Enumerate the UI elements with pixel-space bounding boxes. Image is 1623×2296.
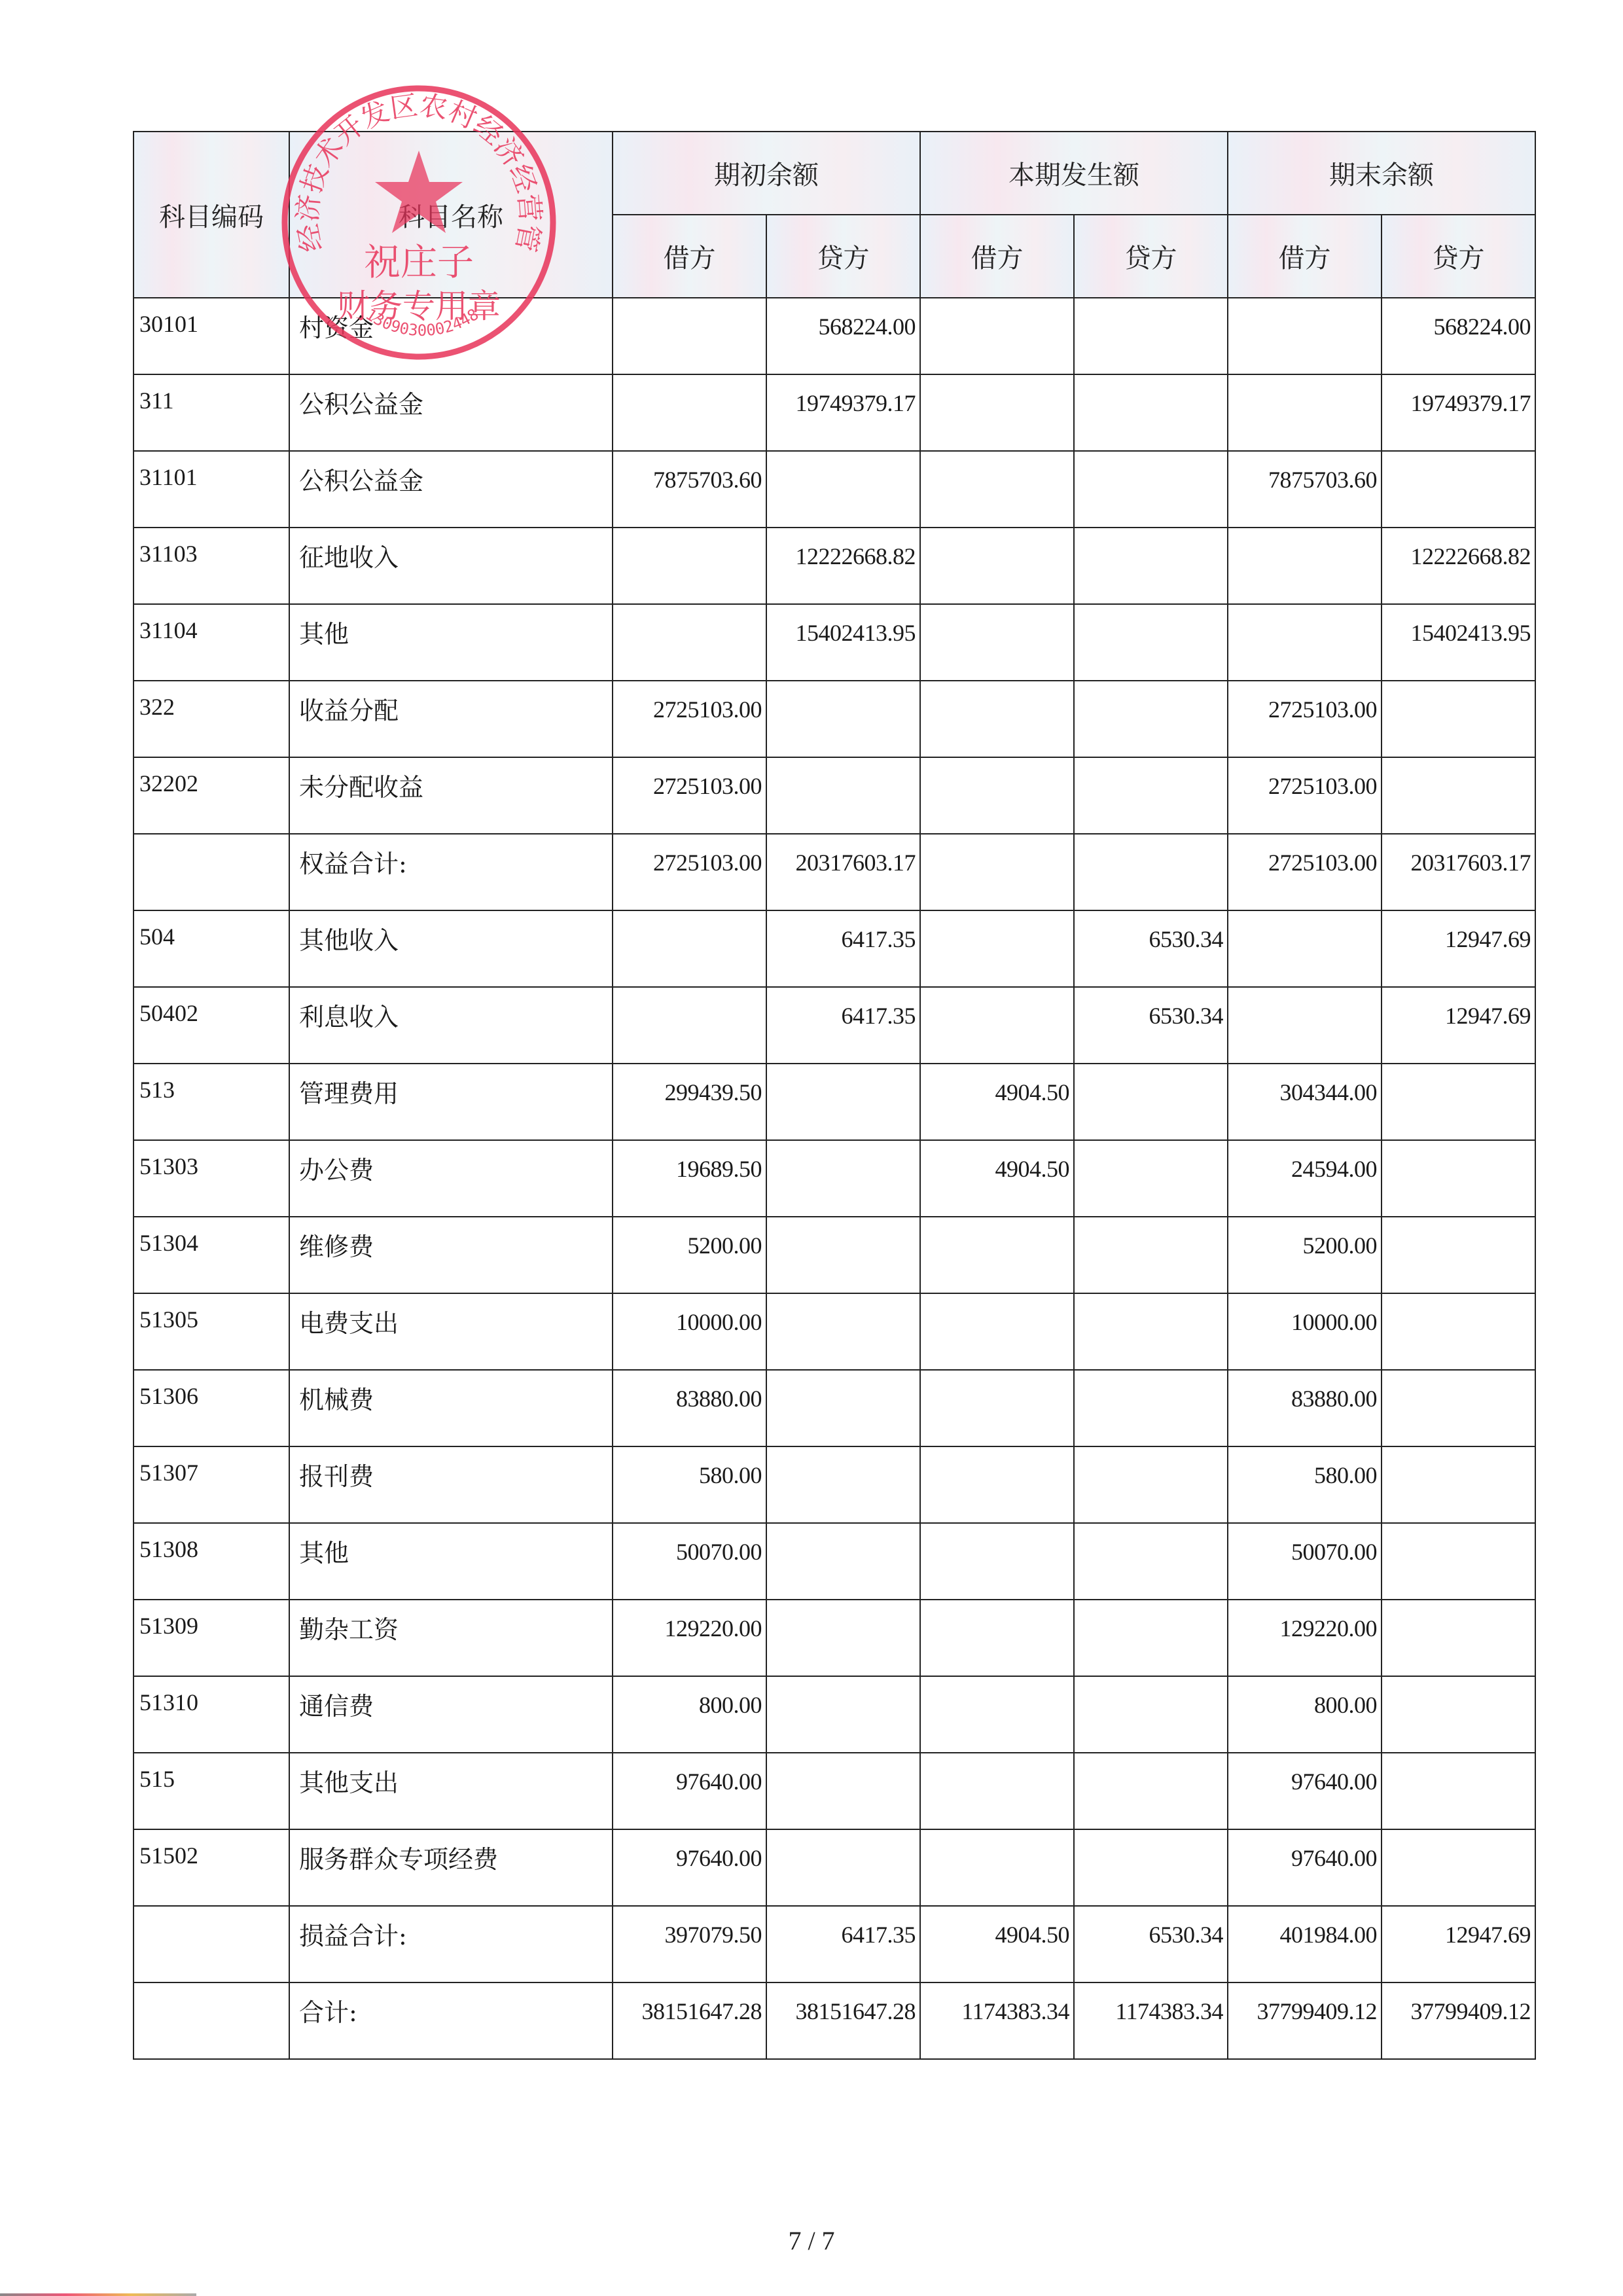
closing-debit-cell: 401984.00 — [1228, 1906, 1382, 1982]
period-debit-cell — [920, 1293, 1074, 1370]
period-debit-cell — [920, 1676, 1074, 1753]
opening-credit-cell — [766, 1446, 920, 1523]
closing-credit-cell — [1382, 451, 1535, 528]
period-debit-cell — [920, 1370, 1074, 1446]
period-debit-cell: 4904.50 — [920, 1140, 1074, 1217]
period-credit-cell — [1074, 451, 1228, 528]
account-code-cell: 513 — [134, 1064, 289, 1140]
opening-credit-cell — [766, 1217, 920, 1293]
opening-credit-cell: 6417.35 — [766, 1906, 920, 1982]
opening-debit-cell: 97640.00 — [613, 1753, 766, 1829]
account-name-cell: 电费支出 — [289, 1293, 613, 1370]
account-code-cell: 31103 — [134, 528, 289, 604]
closing-debit-cell: 2725103.00 — [1228, 681, 1382, 757]
account-code-cell: 32202 — [134, 757, 289, 834]
opening-credit-cell — [766, 1600, 920, 1676]
closing-credit-cell — [1382, 1523, 1535, 1600]
table-row: 51310通信费800.00800.00 — [134, 1676, 1535, 1753]
account-code-cell: 51303 — [134, 1140, 289, 1217]
period-credit-cell: 6530.34 — [1074, 910, 1228, 987]
account-name-cell: 机械费 — [289, 1370, 613, 1446]
account-name-cell: 损益合计: — [289, 1906, 613, 1982]
period-credit-cell — [1074, 1293, 1228, 1370]
opening-credit-cell: 15402413.95 — [766, 604, 920, 681]
table-row: 损益合计:397079.506417.354904.506530.3440198… — [134, 1906, 1535, 1982]
closing-debit-cell: 2725103.00 — [1228, 757, 1382, 834]
header-period-debit: 借方 — [920, 215, 1074, 298]
closing-debit-cell — [1228, 604, 1382, 681]
closing-credit-cell: 19749379.17 — [1382, 374, 1535, 451]
account-code-cell: 50402 — [134, 987, 289, 1064]
opening-debit-cell: 580.00 — [613, 1446, 766, 1523]
opening-debit-cell — [613, 987, 766, 1064]
opening-credit-cell: 6417.35 — [766, 910, 920, 987]
closing-credit-cell — [1382, 1829, 1535, 1906]
closing-credit-cell — [1382, 1600, 1535, 1676]
table-row: 513管理费用299439.504904.50304344.00 — [134, 1064, 1535, 1140]
header-period-activity: 本期发生额 — [920, 132, 1228, 215]
opening-credit-cell: 12222668.82 — [766, 528, 920, 604]
closing-debit-cell: 800.00 — [1228, 1676, 1382, 1753]
table-row: 51306机械费83880.0083880.00 — [134, 1370, 1535, 1446]
account-name-cell: 利息收入 — [289, 987, 613, 1064]
closing-debit-cell: 7875703.60 — [1228, 451, 1382, 528]
header-account-name: 科目名称 — [289, 132, 613, 298]
period-credit-cell — [1074, 1370, 1228, 1446]
opening-debit-cell: 2725103.00 — [613, 681, 766, 757]
trial-balance-table: 科目编码 科目名称 期初余额 本期发生额 期末余额 借方 贷方 借方 贷方 借方… — [133, 131, 1536, 2060]
period-debit-cell — [920, 1829, 1074, 1906]
trial-balance-table-container: 科目编码 科目名称 期初余额 本期发生额 期末余额 借方 贷方 借方 贷方 借方… — [133, 131, 1535, 2060]
table-row: 32202未分配收益2725103.002725103.00 — [134, 757, 1535, 834]
closing-credit-cell: 37799409.12 — [1382, 1982, 1535, 2059]
account-name-cell: 合计: — [289, 1982, 613, 2059]
account-code-cell: 51304 — [134, 1217, 289, 1293]
table-row: 51305电费支出10000.0010000.00 — [134, 1293, 1535, 1370]
period-credit-cell — [1074, 298, 1228, 374]
closing-debit-cell: 129220.00 — [1228, 1600, 1382, 1676]
period-credit-cell — [1074, 604, 1228, 681]
header-closing-debit: 借方 — [1228, 215, 1382, 298]
account-name-cell: 服务群众专项经费 — [289, 1829, 613, 1906]
closing-credit-cell — [1382, 1140, 1535, 1217]
opening-debit-cell — [613, 528, 766, 604]
opening-credit-cell — [766, 451, 920, 528]
opening-debit-cell: 38151647.28 — [613, 1982, 766, 2059]
period-debit-cell — [920, 757, 1074, 834]
opening-credit-cell — [766, 1140, 920, 1217]
period-credit-cell — [1074, 1676, 1228, 1753]
account-code-cell: 311 — [134, 374, 289, 451]
period-debit-cell — [920, 910, 1074, 987]
account-code-cell: 51307 — [134, 1446, 289, 1523]
opening-credit-cell: 19749379.17 — [766, 374, 920, 451]
period-debit-cell — [920, 681, 1074, 757]
opening-debit-cell: 800.00 — [613, 1676, 766, 1753]
closing-credit-cell: 20317603.17 — [1382, 834, 1535, 910]
period-debit-cell — [920, 1217, 1074, 1293]
period-credit-cell — [1074, 1600, 1228, 1676]
table-row: 311公积公益金19749379.1719749379.17 — [134, 374, 1535, 451]
closing-debit-cell: 2725103.00 — [1228, 834, 1382, 910]
header-period-credit: 贷方 — [1074, 215, 1228, 298]
closing-credit-cell — [1382, 1217, 1535, 1293]
period-debit-cell — [920, 834, 1074, 910]
account-name-cell: 其他 — [289, 604, 613, 681]
opening-debit-cell: 7875703.60 — [613, 451, 766, 528]
opening-debit-cell: 83880.00 — [613, 1370, 766, 1446]
opening-debit-cell: 10000.00 — [613, 1293, 766, 1370]
closing-credit-cell — [1382, 1064, 1535, 1140]
period-credit-cell — [1074, 1523, 1228, 1600]
period-credit-cell — [1074, 374, 1228, 451]
account-code-cell: 31104 — [134, 604, 289, 681]
account-code-cell: 515 — [134, 1753, 289, 1829]
opening-credit-cell: 20317603.17 — [766, 834, 920, 910]
period-debit-cell — [920, 604, 1074, 681]
table-row: 51308其他50070.0050070.00 — [134, 1523, 1535, 1600]
period-debit-cell: 4904.50 — [920, 1906, 1074, 1982]
account-code-cell — [134, 1982, 289, 2059]
period-credit-cell — [1074, 1829, 1228, 1906]
opening-credit-cell — [766, 681, 920, 757]
account-name-cell: 公积公益金 — [289, 451, 613, 528]
table-row: 合计:38151647.2838151647.281174383.3411743… — [134, 1982, 1535, 2059]
opening-debit-cell — [613, 374, 766, 451]
opening-debit-cell: 97640.00 — [613, 1829, 766, 1906]
closing-debit-cell: 24594.00 — [1228, 1140, 1382, 1217]
table-row: 515其他支出97640.0097640.00 — [134, 1753, 1535, 1829]
closing-debit-cell — [1228, 528, 1382, 604]
table-row: 31104其他15402413.9515402413.95 — [134, 604, 1535, 681]
header-opening-debit: 借方 — [613, 215, 766, 298]
opening-credit-cell — [766, 1293, 920, 1370]
account-name-cell: 其他支出 — [289, 1753, 613, 1829]
closing-credit-cell — [1382, 1753, 1535, 1829]
account-name-cell: 报刊费 — [289, 1446, 613, 1523]
period-credit-cell: 1174383.34 — [1074, 1982, 1228, 2059]
period-debit-cell — [920, 298, 1074, 374]
opening-credit-cell: 6417.35 — [766, 987, 920, 1064]
period-debit-cell — [920, 1600, 1074, 1676]
closing-credit-cell: 12222668.82 — [1382, 528, 1535, 604]
period-credit-cell — [1074, 681, 1228, 757]
scan-edge-artifact — [0, 2293, 196, 2296]
account-name-cell: 权益合计: — [289, 834, 613, 910]
period-credit-cell — [1074, 1064, 1228, 1140]
closing-credit-cell: 15402413.95 — [1382, 604, 1535, 681]
closing-debit-cell: 580.00 — [1228, 1446, 1382, 1523]
account-name-cell: 收益分配 — [289, 681, 613, 757]
opening-credit-cell — [766, 1753, 920, 1829]
period-debit-cell — [920, 1446, 1074, 1523]
closing-debit-cell — [1228, 910, 1382, 987]
header-closing-balance: 期末余额 — [1228, 132, 1535, 215]
account-code-cell: 51308 — [134, 1523, 289, 1600]
closing-debit-cell: 5200.00 — [1228, 1217, 1382, 1293]
table-row: 50402利息收入6417.356530.3412947.69 — [134, 987, 1535, 1064]
table-row: 31103征地收入12222668.8212222668.82 — [134, 528, 1535, 604]
table-body: 30101村资金568224.00568224.00311公积公益金197493… — [134, 298, 1535, 2059]
account-code-cell — [134, 1906, 289, 1982]
closing-credit-cell: 12947.69 — [1382, 910, 1535, 987]
opening-credit-cell — [766, 1064, 920, 1140]
period-debit-cell: 4904.50 — [920, 1064, 1074, 1140]
account-code-cell: 51502 — [134, 1829, 289, 1906]
period-credit-cell — [1074, 1140, 1228, 1217]
account-name-cell: 其他收入 — [289, 910, 613, 987]
table-row: 504其他收入6417.356530.3412947.69 — [134, 910, 1535, 987]
account-name-cell: 公积公益金 — [289, 374, 613, 451]
account-name-cell: 管理费用 — [289, 1064, 613, 1140]
header-closing-credit: 贷方 — [1382, 215, 1535, 298]
opening-credit-cell: 568224.00 — [766, 298, 920, 374]
opening-debit-cell: 397079.50 — [613, 1906, 766, 1982]
period-debit-cell — [920, 528, 1074, 604]
opening-debit-cell: 2725103.00 — [613, 757, 766, 834]
opening-debit-cell: 5200.00 — [613, 1217, 766, 1293]
account-name-cell: 村资金 — [289, 298, 613, 374]
table-row: 51307报刊费580.00580.00 — [134, 1446, 1535, 1523]
header-opening-balance: 期初余额 — [613, 132, 920, 215]
account-code-cell: 30101 — [134, 298, 289, 374]
opening-debit-cell — [613, 910, 766, 987]
period-credit-cell: 6530.34 — [1074, 987, 1228, 1064]
account-name-cell: 通信费 — [289, 1676, 613, 1753]
closing-credit-cell — [1382, 1370, 1535, 1446]
period-debit-cell — [920, 374, 1074, 451]
period-credit-cell — [1074, 834, 1228, 910]
account-code-cell: 51310 — [134, 1676, 289, 1753]
period-credit-cell — [1074, 757, 1228, 834]
closing-debit-cell: 97640.00 — [1228, 1829, 1382, 1906]
closing-credit-cell — [1382, 1676, 1535, 1753]
closing-credit-cell: 568224.00 — [1382, 298, 1535, 374]
period-debit-cell — [920, 1753, 1074, 1829]
period-debit-cell — [920, 987, 1074, 1064]
closing-debit-cell: 50070.00 — [1228, 1523, 1382, 1600]
account-code-cell: 51305 — [134, 1293, 289, 1370]
period-debit-cell — [920, 451, 1074, 528]
account-code-cell: 322 — [134, 681, 289, 757]
closing-debit-cell: 10000.00 — [1228, 1293, 1382, 1370]
closing-debit-cell: 37799409.12 — [1228, 1982, 1382, 2059]
account-name-cell: 勤杂工资 — [289, 1600, 613, 1676]
opening-debit-cell: 299439.50 — [613, 1064, 766, 1140]
period-credit-cell — [1074, 1753, 1228, 1829]
header-opening-credit: 贷方 — [766, 215, 920, 298]
closing-debit-cell — [1228, 298, 1382, 374]
period-credit-cell — [1074, 1217, 1228, 1293]
table-row: 322收益分配2725103.002725103.00 — [134, 681, 1535, 757]
closing-credit-cell: 12947.69 — [1382, 987, 1535, 1064]
table-row: 51303办公费19689.504904.5024594.00 — [134, 1140, 1535, 1217]
opening-credit-cell — [766, 1676, 920, 1753]
opening-credit-cell — [766, 1829, 920, 1906]
period-debit-cell — [920, 1523, 1074, 1600]
closing-credit-cell: 12947.69 — [1382, 1906, 1535, 1982]
period-credit-cell: 6530.34 — [1074, 1906, 1228, 1982]
opening-debit-cell: 50070.00 — [613, 1523, 766, 1600]
period-credit-cell — [1074, 1446, 1228, 1523]
opening-debit-cell — [613, 604, 766, 681]
opening-debit-cell — [613, 298, 766, 374]
account-name-cell: 维修费 — [289, 1217, 613, 1293]
closing-credit-cell — [1382, 757, 1535, 834]
table-row: 51304维修费5200.005200.00 — [134, 1217, 1535, 1293]
table-row: 51309勤杂工资129220.00129220.00 — [134, 1600, 1535, 1676]
opening-debit-cell: 2725103.00 — [613, 834, 766, 910]
account-code-cell: 31101 — [134, 451, 289, 528]
account-code-cell: 504 — [134, 910, 289, 987]
opening-debit-cell: 19689.50 — [613, 1140, 766, 1217]
account-name-cell: 征地收入 — [289, 528, 613, 604]
table-row: 31101公积公益金7875703.607875703.60 — [134, 451, 1535, 528]
table-row: 权益合计:2725103.0020317603.172725103.002031… — [134, 834, 1535, 910]
closing-debit-cell — [1228, 374, 1382, 451]
closing-credit-cell — [1382, 681, 1535, 757]
account-code-cell — [134, 834, 289, 910]
account-name-cell: 未分配收益 — [289, 757, 613, 834]
page-number: 7 / 7 — [0, 2225, 1623, 2256]
account-code-cell: 51306 — [134, 1370, 289, 1446]
opening-credit-cell — [766, 1370, 920, 1446]
opening-credit-cell: 38151647.28 — [766, 1982, 920, 2059]
opening-credit-cell — [766, 757, 920, 834]
table-row: 51502服务群众专项经费97640.0097640.00 — [134, 1829, 1535, 1906]
opening-debit-cell: 129220.00 — [613, 1600, 766, 1676]
period-credit-cell — [1074, 528, 1228, 604]
account-name-cell: 其他 — [289, 1523, 613, 1600]
closing-debit-cell — [1228, 987, 1382, 1064]
table-row: 30101村资金568224.00568224.00 — [134, 298, 1535, 374]
closing-debit-cell: 97640.00 — [1228, 1753, 1382, 1829]
closing-credit-cell — [1382, 1293, 1535, 1370]
header-account-code: 科目编码 — [134, 132, 289, 298]
account-name-cell: 办公费 — [289, 1140, 613, 1217]
closing-credit-cell — [1382, 1446, 1535, 1523]
opening-credit-cell — [766, 1523, 920, 1600]
account-code-cell: 51309 — [134, 1600, 289, 1676]
period-debit-cell: 1174383.34 — [920, 1982, 1074, 2059]
closing-debit-cell: 83880.00 — [1228, 1370, 1382, 1446]
closing-debit-cell: 304344.00 — [1228, 1064, 1382, 1140]
